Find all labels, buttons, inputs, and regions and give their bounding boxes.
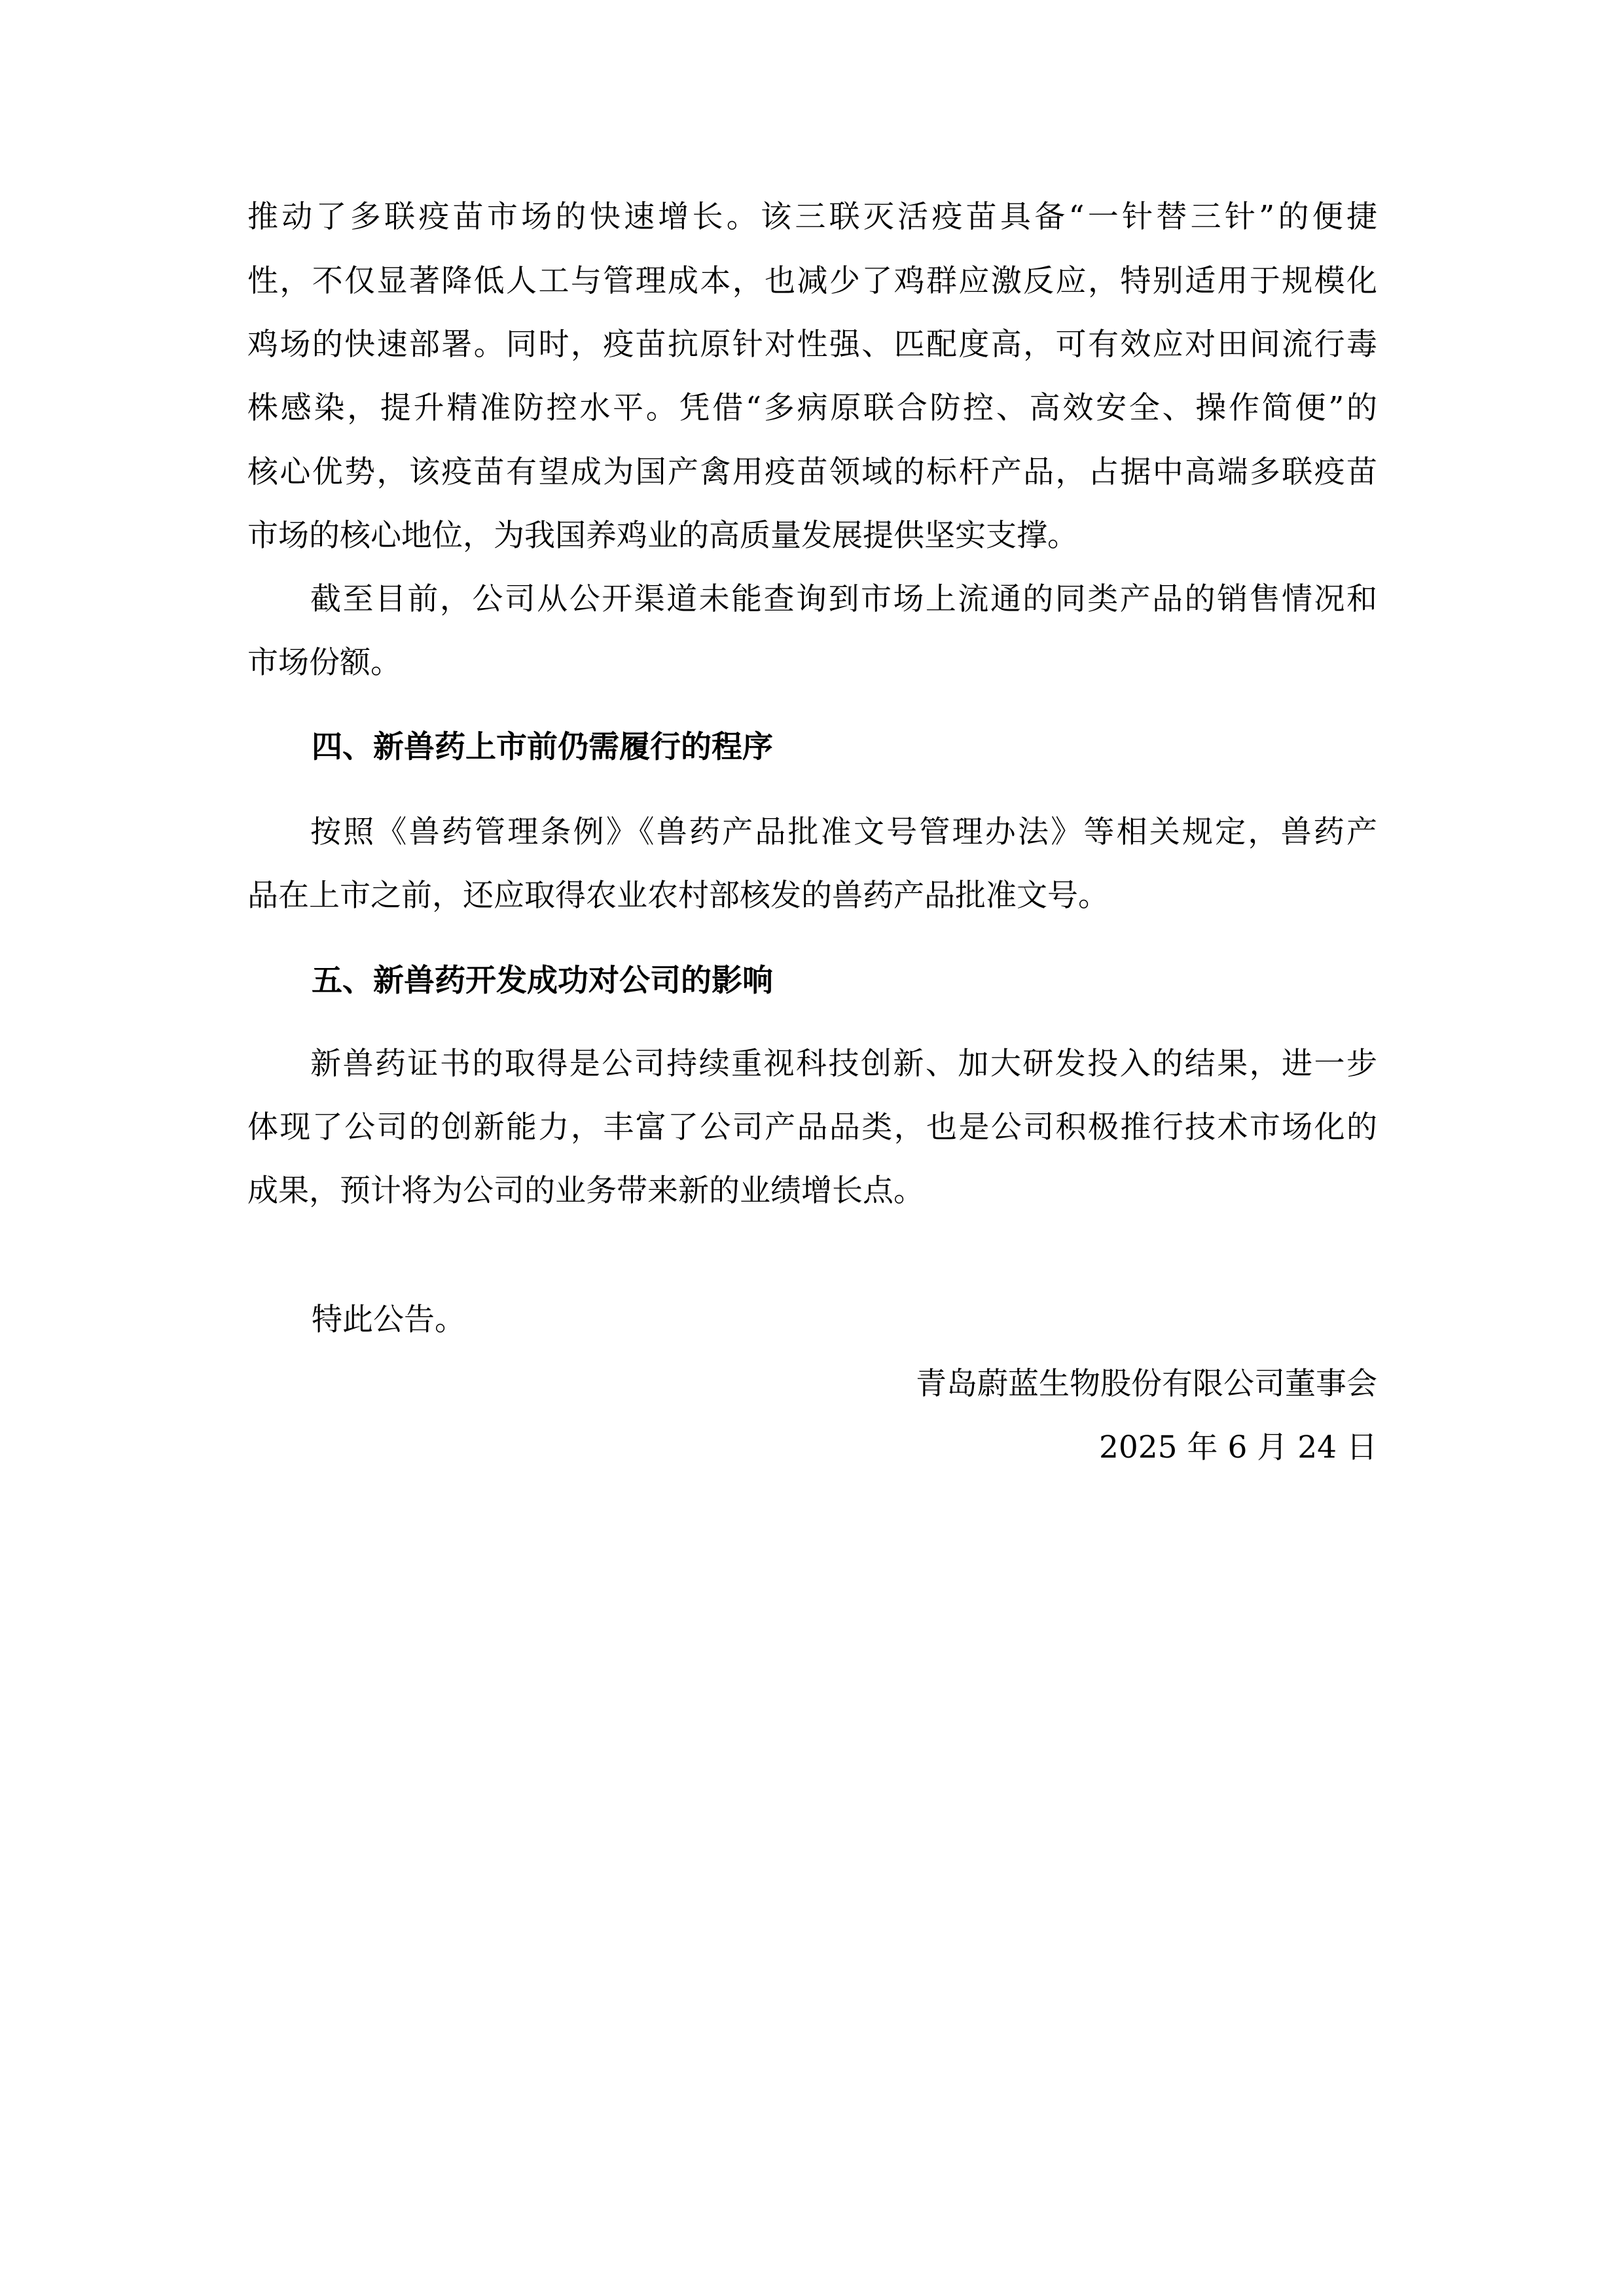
- signature-company: 青岛蔚蓝生物股份有限公司董事会: [916, 1365, 1377, 1404]
- text-line: 品在上市之前，还应取得农业农村部核发的兽药产品批准文号。: [247, 876, 1377, 916]
- text-line: 性，不仅显著降低人工与管理成本，也减少了鸡群应激反应，特别适用于规模化: [247, 262, 1377, 301]
- text-line: 推动了多联疫苗市场的快速增长。该三联灭活疫苗具备“一针替三针”的便捷: [247, 198, 1377, 237]
- text-line: 成果，预计将为公司的业务带来新的业绩增长点。: [247, 1172, 1377, 1211]
- text-line: 截至目前，公司从公开渠道未能查询到市场上流通的同类产品的销售情况和: [310, 580, 1377, 619]
- signature-date: 2025 年 6 月 24 日: [1099, 1428, 1377, 1467]
- section-heading: 五、新兽药开发成功对公司的影响: [312, 961, 773, 1001]
- document-page: 推动了多联疫苗市场的快速增长。该三联灭活疫苗具备“一针替三针”的便捷 性，不仅显…: [0, 0, 1624, 2296]
- text-line: 市场的核心地位，为我国养鸡业的高质量发展提供坚实支撑。: [247, 516, 1377, 556]
- text-line: 鸡场的快速部署。同时，疫苗抗原针对性强、匹配度高，可有效应对田间流行毒: [247, 325, 1377, 365]
- section-heading: 四、新兽药上市前仍需履行的程序: [312, 728, 773, 767]
- text-line: 市场份额。: [247, 643, 1377, 683]
- text-line: 按照《兽药管理条例》《兽药产品批准文号管理办法》等相关规定，兽药产: [310, 813, 1377, 852]
- text-line: 新兽药证书的取得是公司持续重视科技创新、加大研发投入的结果，进一步: [310, 1045, 1377, 1084]
- text-line: 体现了公司的创新能力，丰富了公司产品品类，也是公司积极推行技术市场化的: [247, 1108, 1377, 1147]
- text-line: 株感染，提升精准防控水平。凭借“多病原联合防控、高效安全、操作简便”的: [247, 389, 1377, 428]
- text-line: 核心优势，该疫苗有望成为国产禽用疫苗领域的标杆产品，占据中高端多联疫苗: [247, 453, 1377, 492]
- closing-statement: 特此公告。: [312, 1300, 465, 1340]
